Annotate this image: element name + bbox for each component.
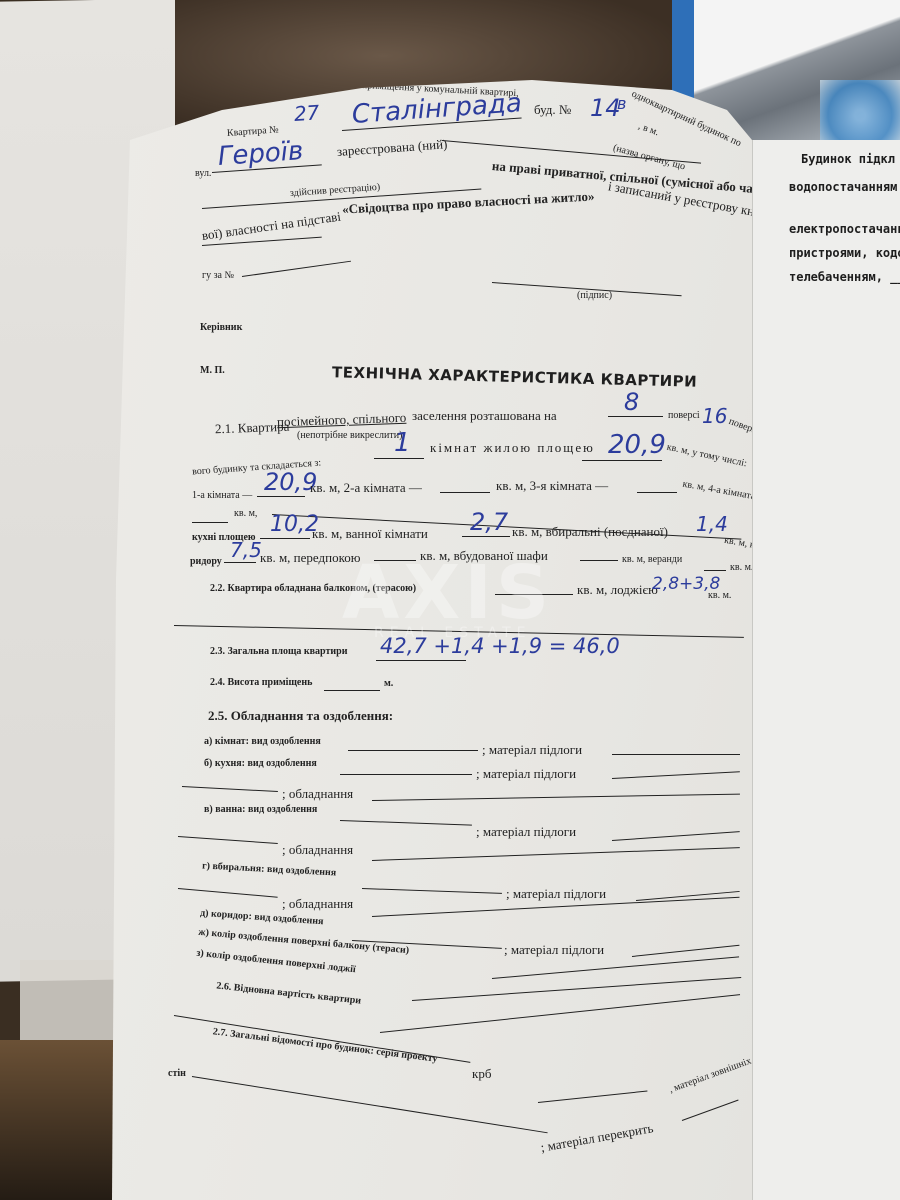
underline [376, 660, 466, 661]
underline [612, 831, 740, 841]
total-floors-handwritten: 16 [702, 404, 727, 428]
wc-label: кв. м, вбиральні (поєднаної) [512, 524, 668, 540]
s25-a-floor-material: ; матеріал підлоги [482, 742, 582, 758]
s25-g-equipment: ; обладнання [282, 896, 353, 912]
seal-label: М. П. [200, 365, 225, 376]
s21-type-options: посімейного, спільного [277, 410, 407, 431]
underline [192, 522, 228, 523]
s25-b-floor-material: ; матеріал підлоги [476, 766, 576, 782]
registered-text: зареєстрована (ний) [336, 136, 447, 160]
living-area-label: кімнат жилою площею [430, 440, 595, 456]
watermark-subtitle: REAL ESTATE [374, 625, 532, 641]
underline [582, 460, 662, 461]
building-label: буд. № [534, 102, 571, 118]
s25-d-floor-material: ; матеріал підлоги [504, 942, 604, 958]
underline [372, 847, 740, 861]
sqm-label: кв. м, [234, 508, 257, 519]
right-page-line: телебаченням, ___ [789, 270, 900, 284]
street-label: вул. [195, 168, 211, 179]
room3-label: кв. м, 3-я кімната — [496, 478, 608, 494]
s25-z-label: з) колір оздоблення поверхні лоджії [196, 948, 356, 976]
veranda-suffix: кв. м. [730, 562, 753, 573]
underline [182, 786, 278, 792]
underline [538, 1091, 648, 1103]
underline [704, 570, 726, 571]
underline [580, 560, 618, 561]
head-label: Керівник [200, 322, 242, 333]
underline [372, 794, 740, 801]
s25-b-equipment: ; обладнання [282, 786, 353, 802]
bath-label: кв. м, ванної кімнати [312, 526, 428, 542]
room2-label: кв. м, 2-а кімната — [310, 480, 422, 496]
underline [612, 771, 740, 779]
underline [608, 416, 663, 417]
s25-g-label: г) вбиральня: вид оздоблення [202, 860, 337, 878]
rooms-count-handwritten: 1 [394, 428, 411, 458]
underline [412, 977, 741, 1001]
s23-label: 2.3. Загальна площа квартири [210, 646, 347, 657]
organ-note: (назва органу, що [612, 143, 687, 173]
book-number-label: гу за № [202, 270, 234, 281]
building-number-handwritten: 14 [590, 94, 621, 122]
s27-ceiling-material: ; матеріал перекрить [539, 1120, 654, 1156]
underline [178, 888, 278, 898]
underline [462, 536, 510, 537]
living-area-handwritten: 20,9 [608, 430, 666, 460]
apartment-label: Квартира № [227, 124, 279, 139]
including-text: кв. м, у тому числі: [666, 442, 748, 470]
veranda-label: кв. м, веранди [622, 554, 682, 565]
right-page: Будинок підкл водопостачанням електропос… [752, 140, 900, 1200]
s25-v-label: в) ванна: вид оздоблення [204, 804, 317, 815]
right-page-line: пристроями, кодо [789, 246, 900, 260]
underline [260, 538, 310, 539]
underline [224, 562, 256, 563]
underline [380, 994, 740, 1033]
s25-v-equipment: ; обладнання [282, 842, 353, 858]
section-title: ТЕХНІЧНА ХАРАКТЕРИСТИКА КВАРТИРИ [332, 363, 698, 391]
underline [637, 492, 677, 493]
underline [340, 774, 472, 775]
s24-suffix: м. [384, 678, 393, 689]
right-page-line: Будинок підкл [801, 152, 895, 166]
s22-suffix: кв. м. [708, 590, 731, 601]
corridor-area-handwritten: 7,5 [230, 538, 262, 562]
underline [374, 458, 424, 459]
s22-mid: кв. м, лоджією [577, 582, 658, 598]
underline [192, 1076, 548, 1133]
document-page: приміщення у комунальній квартирі, Кварт… [112, 80, 752, 1200]
underline [492, 956, 739, 979]
s25-g-floor-material: ; матеріал підлоги [506, 886, 606, 902]
room1-label: 1-а кімната — [192, 490, 252, 501]
s26-label: 2.6. Відновна вартість квартири [216, 980, 362, 1006]
building-suffix-handwritten: в [617, 94, 626, 113]
right-page-line: водопостачанням [789, 180, 897, 194]
s25-v-floor-material: ; матеріал підлоги [476, 824, 576, 840]
floor-handwritten: 8 [624, 388, 639, 416]
underline [440, 492, 490, 493]
corridor-prefix: ридору [190, 556, 222, 567]
wc-area-handwritten: 1,4 [696, 512, 728, 536]
underline [362, 888, 502, 894]
underline [632, 945, 740, 957]
underline [340, 820, 472, 826]
s25-a-label: а) кімнат: вид оздоблення [204, 736, 321, 747]
underline [682, 1100, 739, 1121]
s25-b-label: б) кухня: вид оздоблення [204, 758, 317, 769]
s21-strike-note: (непотрібне викреслити) [297, 430, 402, 441]
underline [257, 496, 305, 497]
watermark-logo: AXIS [342, 550, 553, 636]
s27-label: 2.7. Загальні відомості про будинок: сер… [212, 1026, 438, 1064]
underline [178, 836, 278, 844]
apartment-number-handwritten: 27 [293, 100, 320, 126]
signature-caption: (підпис) [577, 290, 612, 301]
s26-currency: крб [472, 1066, 491, 1082]
city-label: , в м. [637, 121, 661, 139]
underline [348, 750, 478, 751]
s27-wall-material: , матеріал зовнішніх [668, 1056, 753, 1096]
underline [612, 754, 740, 755]
right-page-line: електропостачанн [789, 222, 900, 236]
ownership-basis-text: вої) власності на підставі [201, 209, 342, 244]
underline [324, 690, 380, 691]
floor-label: поверсі [668, 410, 700, 421]
s27-walls-label: стін [168, 1068, 186, 1079]
bath-area-handwritten: 2,7 [470, 508, 508, 536]
certificate-title: «Свідоцтва про право власності на житло» [342, 188, 595, 217]
s25-label: 2.5. Обладнання та оздоблення: [208, 708, 393, 724]
underline [242, 261, 351, 277]
s21-located-text: заселення розташована на [412, 408, 557, 424]
s24-label: 2.4. Висота приміщень [210, 677, 312, 688]
